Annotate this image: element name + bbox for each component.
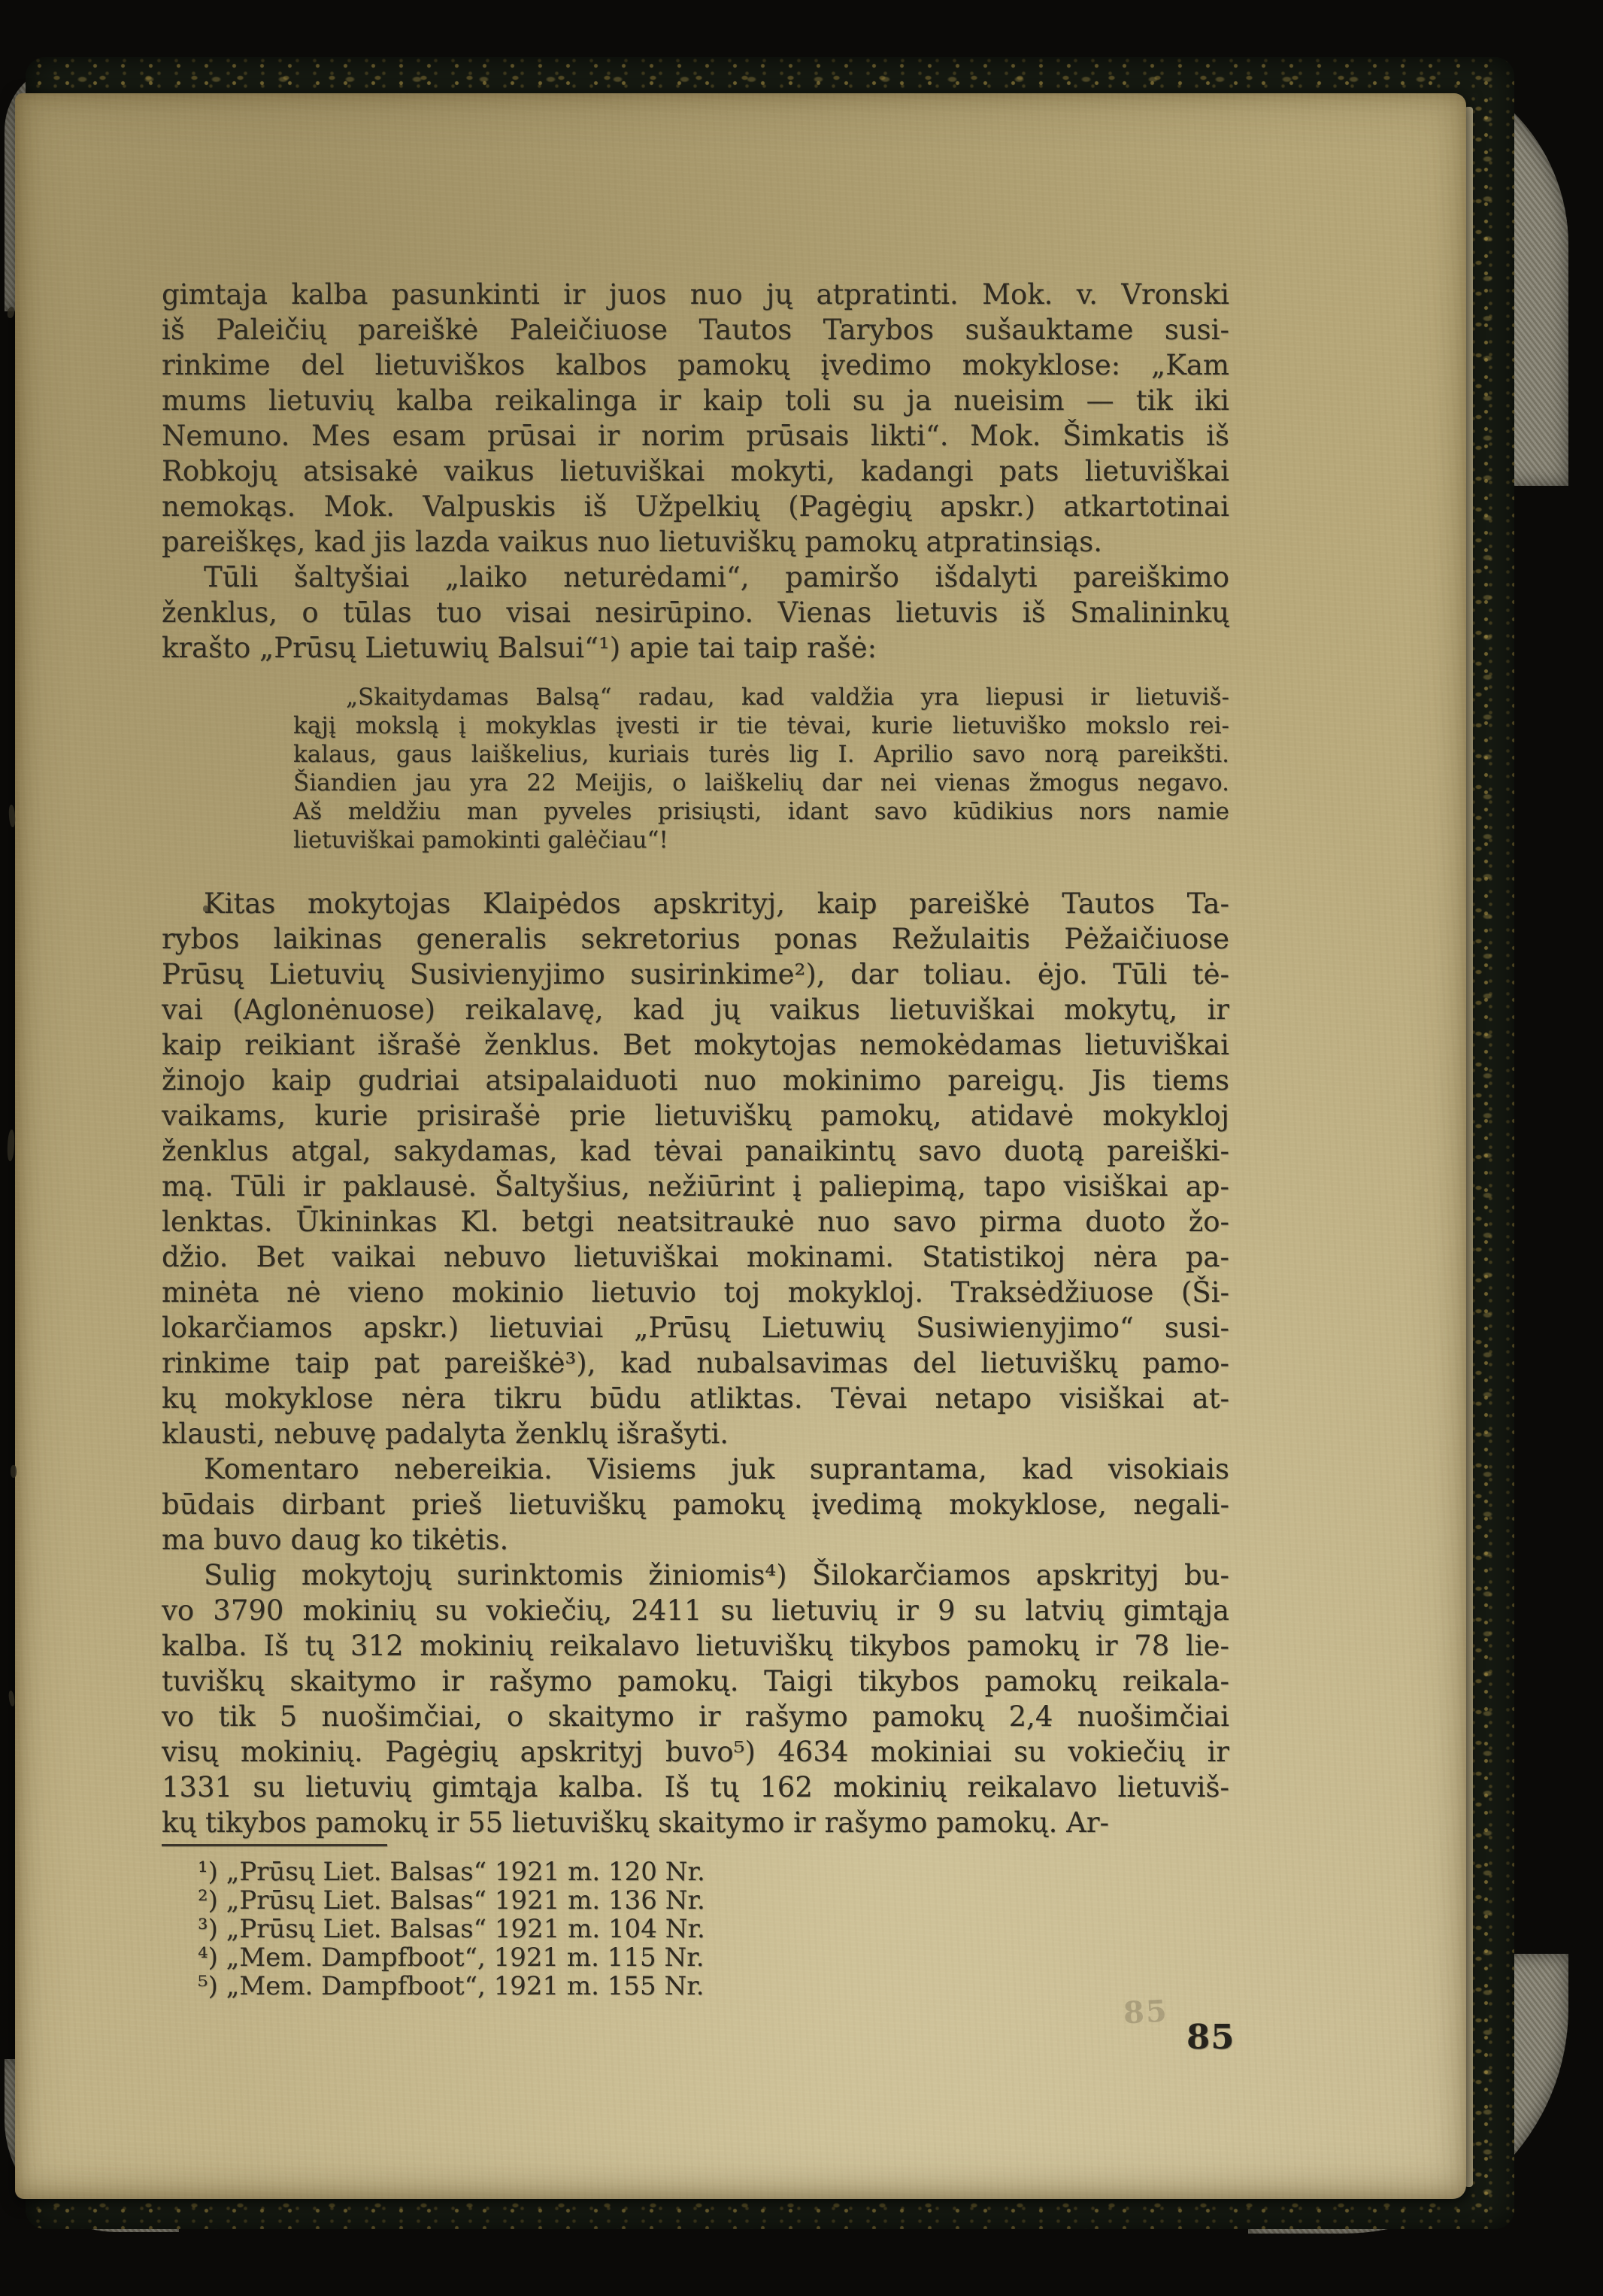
- paragraph: Kitas mokytojas Klaipėdos apskrityj, kai…: [162, 886, 1229, 1451]
- page-number: 85: [1186, 2017, 1235, 2057]
- footnotes-list: ¹) „Prūsų Liet. Balsas“ 1921 m. 120 Nr. …: [162, 1858, 1229, 2000]
- footnote: ⁴) „Mem. Dampfboot“, 1921 m. 115 Nr.: [198, 1943, 1229, 1972]
- page-number-offset-ghost: 85: [1123, 1993, 1169, 2031]
- footnote: ²) „Prūsų Liet. Balsas“ 1921 m. 136 Nr.: [198, 1886, 1229, 1915]
- footnote: ⁵) „Mem. Dampfboot“, 1921 m. 155 Nr.: [198, 1972, 1229, 2000]
- footnote: ³) „Prūsų Liet. Balsas“ 1921 m. 104 Nr.: [198, 1915, 1229, 1943]
- ink-speck: [8, 1691, 16, 1707]
- ink-speck: [11, 1465, 17, 1478]
- text-column: gimtaja kalba pasunkinti ir juos nuo jų …: [162, 277, 1229, 2000]
- quoted-letter: „Skaitydamas Balsą“ radau, kad valdžia y…: [293, 683, 1229, 854]
- paragraph: gimtaja kalba pasunkinti ir juos nuo jų …: [162, 277, 1229, 560]
- footnote: ¹) „Prūsų Liet. Balsas“ 1921 m. 120 Nr.: [198, 1858, 1229, 1886]
- ink-speck: [7, 1130, 15, 1161]
- paragraph: Komentaro nebereikia. Visiems juk supran…: [162, 1451, 1229, 1557]
- footnote-divider: [162, 1844, 387, 1846]
- paragraph: Tūli šaltyšiai „laiko neturėdami“, pamir…: [162, 560, 1229, 666]
- paragraph: Sulig mokytojų surinktomis žiniomis⁴) Ši…: [162, 1557, 1229, 1840]
